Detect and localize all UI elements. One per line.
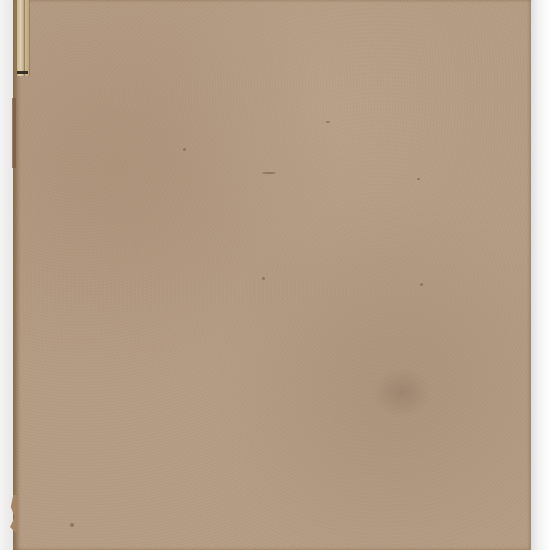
paper-speck (262, 172, 276, 174)
paper-speck (183, 148, 186, 151)
binding-strip (16, 0, 30, 76)
paper-speck (420, 283, 423, 286)
paper-cover (13, 0, 531, 550)
paper-stain (372, 368, 432, 418)
spine-wear-mark (12, 98, 16, 168)
paper-speck (326, 121, 330, 123)
binding-strip-end (17, 71, 28, 74)
background-left (0, 0, 14, 550)
background-right (530, 0, 550, 550)
paper-speck (70, 523, 74, 527)
paper-speck (262, 277, 265, 280)
paper-speck (417, 178, 420, 180)
